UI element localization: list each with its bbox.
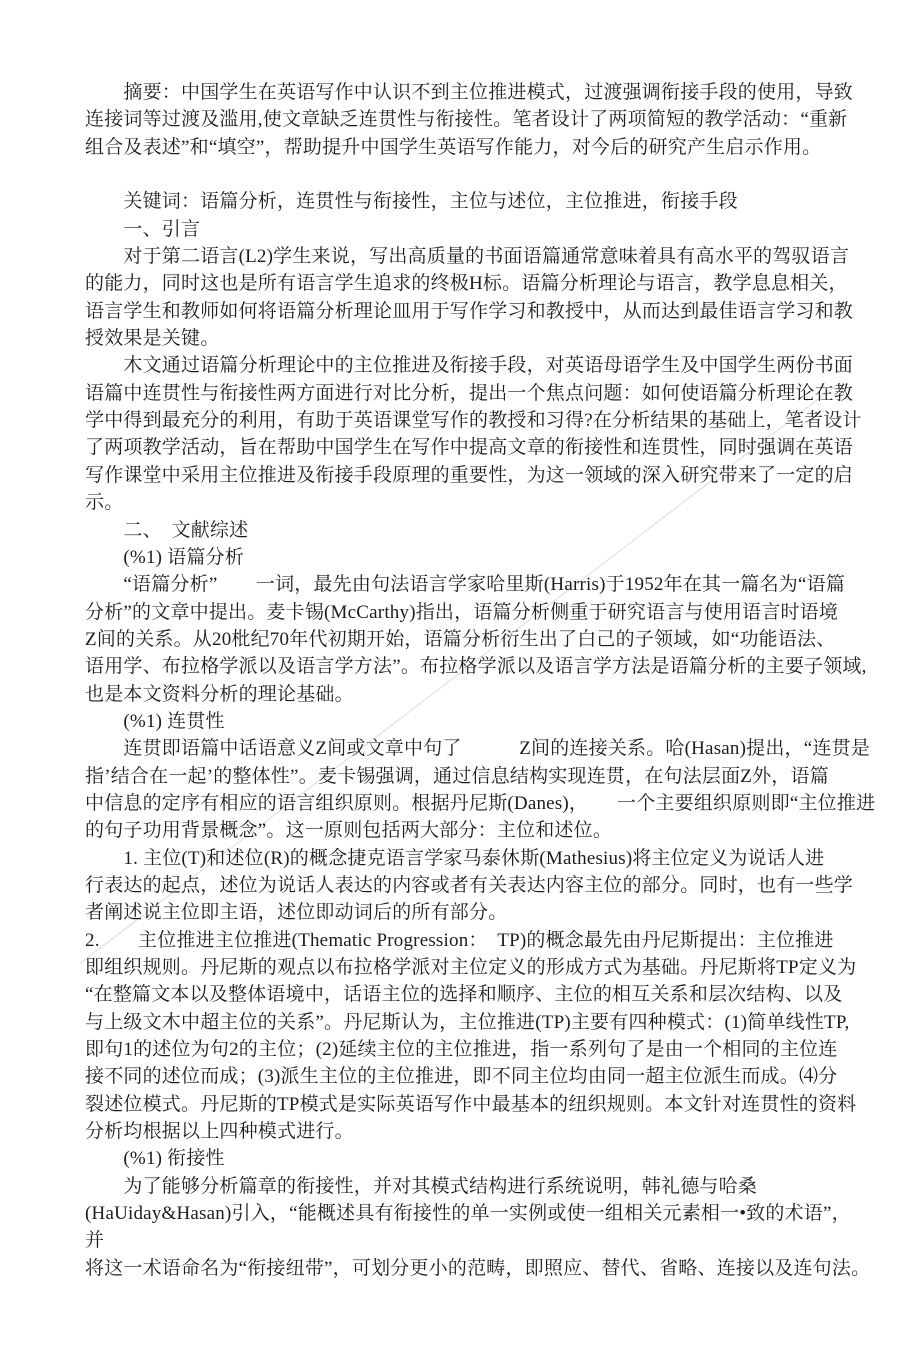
text-line: 语言学生和教师如何将语篇分析理论皿用于写作学习和教授中，从而达到最佳语言学习和教 (85, 298, 847, 325)
text-line: 示。 (85, 489, 847, 516)
text-line: 者阐述说主位即主语，述位即动词后的所有部分。 (85, 899, 847, 926)
text-line: 分析均根据以上四种模式进行。 (85, 1118, 847, 1145)
text-line: 2. 主位推进主位推进(Thematic Progression： TP)的概念… (85, 927, 847, 954)
text-line: 了两项教学活动，旨在帮助中国学生在写作中提高文章的衔接性和连贯性，同时强调在英语 (85, 434, 847, 461)
text-line: 木文通过语篇分析理论中的主位推进及衔接手段，对英语母语学生及中国学生两份书面 (85, 352, 847, 379)
text-line: 与上级文木中超主位的关系”。丹尼斯认为，主位推进(TP)主要有四种模式：(1)简… (85, 1009, 847, 1036)
text-line: 关键词：语篇分析，连贯性与衔接性，主位与述位，主位推进，衔接手段 (85, 188, 847, 215)
text-line: 即组织规则。丹尼斯的观点以布拉格学派对主位定义的形成方式为基础。丹尼斯将TP定义… (85, 954, 847, 981)
text-line: 分析”的文章中提出。麦卡锡(McCarthy)指出，语篇分析侧重于研究语言与使用… (85, 599, 847, 626)
text-line: 学中得到最充分的利用，有助于英语课堂写作的教授和习得?在分析结果的基础上，笔者设… (85, 407, 847, 434)
text-line: 语篇中连贯性与衔接性两方面进行对比分析，提出一个焦点问题：如何使语篇分析理论在教 (85, 380, 847, 407)
text-line: 连接词等过渡及滥用,使文章缺乏连贯性与衔接性。笔者设计了两项简短的教学活动：“重… (85, 106, 847, 133)
text-line: 二、 文献综述 (85, 517, 847, 544)
text-line: 裂述位模式。丹尼斯的TP模式是实际英语写作中最基本的纽织规则。本文针对连贯性的资… (85, 1091, 847, 1118)
text-line: 语用学、布拉格学派以及语言学方法”。布拉格学派以及语言学方法是语篇分析的主要子领… (85, 653, 847, 680)
text-line: 的句子功用背景概念”。这一原则包括两大部分：主位和述位。 (85, 817, 847, 844)
text-line: (%1) 衔接性 (85, 1145, 847, 1172)
document-page: 摘要：中国学生在英语写作中认识不到主位推进模式，过渡强调衔接手段的使用，导致连接… (0, 0, 920, 1361)
text-line: 一、引言 (85, 216, 847, 243)
text-line: 中信息的定序有相应的语言组织原则。根据丹尼斯(Danes)， 一个主要组织原则即… (85, 790, 847, 817)
text-line: 将这一术语命名为“衔接纽带”，可划分更小的范畴，即照应、替代、省略、连接以及连句… (85, 1255, 847, 1282)
text-line: (%1) 语篇分析 (85, 544, 847, 571)
text-line: (%1) 连贯性 (85, 708, 847, 735)
text-line: 并 (85, 1227, 847, 1254)
text-line: 写作课堂中采用主位推进及衔接手段原理的重要性，为这一领域的深入研究带来了一定的启 (85, 462, 847, 489)
text-line: (HaUiday&Hasan)引入，“能概述具有衔接性的单一实例或使一组相关元素… (85, 1200, 847, 1227)
text-line: 组合及表述”和“填空”，帮助提升中国学生英语写作能力，对今后的研究产生启示作用。 (85, 134, 847, 161)
text-line: 授效果是关键。 (85, 325, 847, 352)
text-line: “语篇分析” 一词，最先由句法语言学家哈里斯(Harris)于1952年在其一篇… (85, 571, 847, 598)
document-text-block: 摘要：中国学生在英语写作中认识不到主位推进模式，过渡强调衔接手段的使用，导致连接… (85, 79, 847, 1282)
text-line: 对于第二语言(L2)学生来说，写出高质量的书面语篇通常意味着具有高水平的驾驭语言 (85, 243, 847, 270)
text-line: 1. 主位(T)和述位(R)的概念捷克语言学家马泰休斯(Mathesius)将主… (85, 845, 847, 872)
text-line: 也是本文资料分析的理论基础。 (85, 681, 847, 708)
text-line: 摘要：中国学生在英语写作中认识不到主位推进模式，过渡强调衔接手段的使用，导致 (85, 79, 847, 106)
text-line: 指’结合在一起’的整体性”。麦卡锡强调，通过信息结构实现连贯，在句法层面Z外，语… (85, 763, 847, 790)
text-line: Z间的关系。从20枇纪70年代初期开始，语篇分析衍生出了白己的子领域，如“功能语… (85, 626, 847, 653)
text-line: “在整篇文本以及整体语境中，话语主位的选择和顺序、主位的相互关系和层次结构、以及 (85, 981, 847, 1008)
text-line: 接不同的述位而成；(3)派生主位的主位推进，即不同主位均由同一超主位派生而成。⑷… (85, 1063, 847, 1090)
text-line: 行表达的起点，述位为说话人表达的内容或者有关表达内容主位的部分。同时，也有一些学 (85, 872, 847, 899)
blank-line (85, 161, 847, 188)
text-line: 的能力，同时这也是所有语言学生追求的终极H标。语篇分析理论与语言，教学息息相关， (85, 270, 847, 297)
text-line: 连贯即语篇中话语意义Z间或文章中句了 Z间的连接关系。哈(Hasan)提出，“连… (85, 735, 847, 762)
text-line: 为了能够分析篇章的衔接性，并对其模式结构进行系统说明，韩礼德与哈桑 (85, 1173, 847, 1200)
text-line: 即句1的述位为句2的主位；(2)延续主位的主位推进，指一系列句了是由一个相同的主… (85, 1036, 847, 1063)
